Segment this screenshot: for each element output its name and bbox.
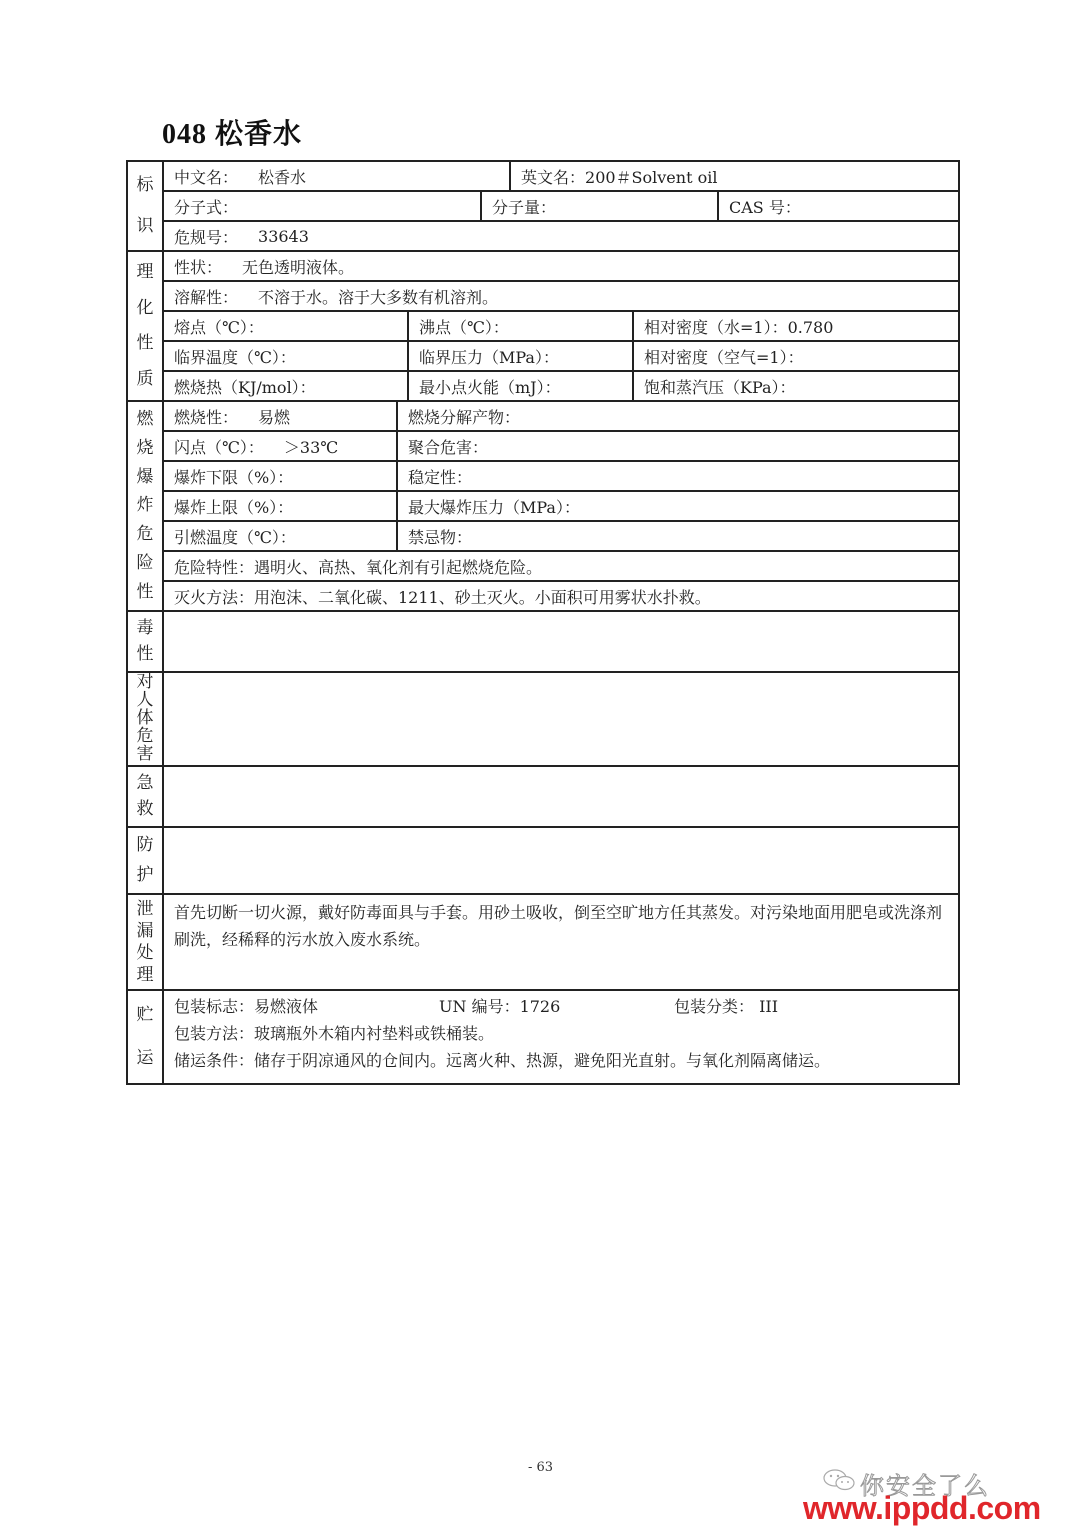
msds-table: 标 识 中文名： 松香水 英文名： 200＃Solvent oil 分子式： 分… — [126, 160, 960, 1085]
health-hazard-content — [164, 673, 958, 765]
melting-point-cell: 熔点（℃）： — [164, 312, 407, 340]
flammability-cell: 燃烧性： 易燃 — [164, 402, 396, 430]
autoignition-cell: 引燃温度（℃）： — [164, 522, 396, 550]
section-identification: 标 识 中文名： 松香水 英文名： 200＃Solvent oil 分子式： 分… — [128, 162, 958, 250]
first-aid-content — [164, 767, 958, 826]
cas-cell: CAS 号： — [717, 192, 958, 220]
decomposition-cell: 燃烧分解产物： — [396, 402, 958, 430]
section-fire-hazard: 燃 烧 爆 炸 危 险 性 燃烧性： 易燃 燃烧分解产物： 闪点（℃）： ＞33… — [128, 400, 958, 610]
stability-cell: 稳定性： — [396, 462, 958, 490]
section-label-health-hazard: 对 人 体 危 害 — [128, 673, 164, 765]
section-label-first-aid: 急 救 — [128, 767, 164, 826]
english-name-cell: 英文名： 200＃Solvent oil — [509, 162, 958, 190]
un-number: UN 编号：1726 — [439, 993, 674, 1020]
section-protection: 防 护 — [128, 826, 958, 893]
appearance-cell: 性状： 无色透明液体。 — [164, 252, 958, 280]
english-name-value: 200＃Solvent oil — [585, 165, 717, 188]
section-health-hazard: 对 人 体 危 害 — [128, 671, 958, 765]
package-method: 包装方法：玻璃瓶外木箱内衬垫料或铁桶装。 — [164, 1020, 958, 1047]
heat-combustion-cell: 燃烧热（KJ/mol）： — [164, 372, 407, 400]
min-ignition-energy-cell: 最小点火能（mJ）： — [407, 372, 632, 400]
package-class: 包装分类： III — [674, 993, 778, 1020]
protection-content — [164, 828, 958, 893]
page-number: - 63 — [528, 1460, 553, 1475]
boiling-point-cell: 沸点（℃）： — [407, 312, 632, 340]
section-label-storage: 贮 运 — [128, 991, 164, 1083]
uel-cell: 爆炸上限（%）： — [164, 492, 396, 520]
package-mark: 包装标志：易燃液体 — [174, 993, 439, 1020]
section-label-physchem: 理 化 性 质 — [128, 252, 164, 400]
watermark-url: www.ippdd.com — [803, 1490, 1041, 1527]
hazard-no-cell: 危规号： 33643 — [164, 222, 958, 250]
storage-conditions: 储运条件：储存于阴凉通风的仓间内。远离火种、热源，避免阳光直射。与氧化剂隔离储运… — [164, 1047, 958, 1074]
toxicity-content — [164, 612, 958, 671]
incompatible-cell: 禁忌物： — [396, 522, 958, 550]
section-toxicity: 毒 性 — [128, 610, 958, 671]
flash-point-cell: 闪点（℃）： ＞33℃ — [164, 432, 396, 460]
formula-cell: 分子式： — [164, 192, 480, 220]
lel-cell: 爆炸下限（%）： — [164, 462, 396, 490]
extinguishing-cell: 灭火方法：用泡沫、二氧化碳、1211、砂土灭火。小面积可用雾状水扑救。 — [164, 582, 958, 610]
solubility-cell: 溶解性： 不溶于水。溶于大多数有机溶剂。 — [164, 282, 958, 310]
section-first-aid: 急 救 — [128, 765, 958, 826]
hazard-characteristics-cell: 危险特性：遇明火、高热、氧化剂有引起燃烧危险。 — [164, 552, 958, 580]
hazard-no-value: 33643 — [258, 227, 309, 246]
section-label-identification: 标 识 — [128, 162, 164, 250]
section-label-protection: 防 护 — [128, 828, 164, 893]
section-label-fire-hazard: 燃 烧 爆 炸 危 险 性 — [128, 402, 164, 610]
mol-weight-cell: 分子量： — [480, 192, 717, 220]
section-storage: 贮 运 包装标志：易燃液体 UN 编号：1726 包装分类： III 包装方法：… — [128, 989, 958, 1083]
rel-density-water-cell: 相对密度（水=1）：0.780 — [632, 312, 958, 340]
spill-text: 首先切断一切火源，戴好防毒面具与手套。用砂土吸收，倒至空旷地方任其蒸发。对污染地… — [164, 895, 958, 957]
package-info-line: 包装标志：易燃液体 UN 编号：1726 包装分类： III — [164, 993, 958, 1020]
section-spill: 泄 漏 处 理 首先切断一切火源，戴好防毒面具与手套。用砂土吸收，倒至空旷地方任… — [128, 893, 958, 989]
chinese-name-value: 松香水 — [258, 165, 306, 188]
rel-density-air-cell: 相对密度（空气=1）： — [632, 342, 958, 370]
section-label-spill: 泄 漏 处 理 — [128, 895, 164, 989]
section-physchem: 理 化 性 质 性状： 无色透明液体。 溶解性： 不溶于水。溶于大多数有机溶剂。… — [128, 250, 958, 400]
section-label-toxicity: 毒 性 — [128, 612, 164, 671]
chinese-name-cell: 中文名： 松香水 — [164, 162, 509, 190]
critical-pressure-cell: 临界压力（MPa）： — [407, 342, 632, 370]
max-explosion-pressure-cell: 最大爆炸压力（MPa）： — [396, 492, 958, 520]
page-title: 048 松香水 — [162, 112, 302, 152]
polymerization-cell: 聚合危害： — [396, 432, 958, 460]
sat-vapor-pressure-cell: 饱和蒸汽压（KPa）： — [632, 372, 958, 400]
critical-temp-cell: 临界温度（℃）： — [164, 342, 407, 370]
wechat-icon — [822, 1468, 858, 1492]
